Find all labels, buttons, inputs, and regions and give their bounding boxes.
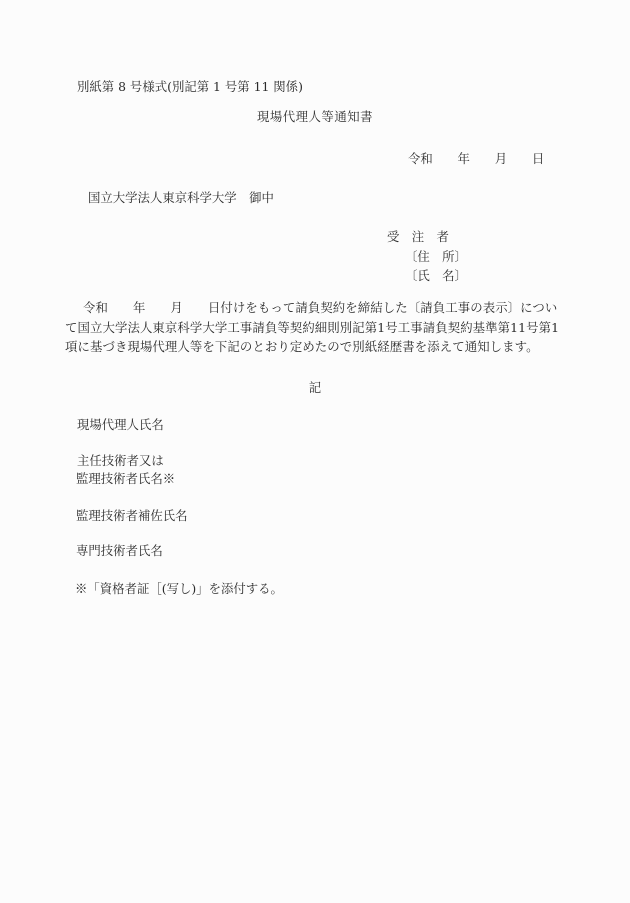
contractor-role-label: 受 注 者 <box>387 229 449 245</box>
form-number: 別紙第 8 号様式(別記第 1 号第 11 関係) <box>77 79 303 95</box>
body-paragraph-line-2: て国立大学法人東京科学大学工事請負等契約細則別記第1号工事請負契約基準第11号第… <box>65 320 559 336</box>
field-specialist-engineer-name-label: 専門技術者氏名 <box>76 543 163 559</box>
date-line: 令和 年 月 日 <box>408 151 544 167</box>
footnote-qualification-certificate: ※「資格者証［(写し)」を添付する。 <box>75 581 283 597</box>
contractor-name-label: 〔氏 名〕 <box>405 268 467 284</box>
field-chief-engineer-label-line-2: 監理技術者氏名※ <box>76 471 175 487</box>
contractor-address-label: 〔住 所〕 <box>405 249 467 265</box>
body-paragraph-line-1: 令和 年 月 日付けをもって請負契約を締結した〔請負工事の表示〕につい <box>83 300 557 316</box>
field-site-agent-name-label: 現場代理人氏名 <box>77 417 164 433</box>
document-title: 現場代理人等通知書 <box>0 109 630 125</box>
addressee: 国立大学法人東京科学大学 御中 <box>88 190 274 206</box>
notification-form-page: 別紙第 8 号様式(別記第 1 号第 11 関係) 現場代理人等通知書 令和 年… <box>0 0 630 903</box>
field-chief-engineer-label-line-1: 主任技術者又は <box>77 453 164 469</box>
body-paragraph-line-3: 項に基づき現場代理人等を下記のとおり定めたので別紙経歴書を添えて通知します。 <box>65 339 539 355</box>
record-marker: 記 <box>0 380 630 396</box>
field-supervising-engineer-assistant-name-label: 監理技術者補佐氏名 <box>76 508 188 524</box>
